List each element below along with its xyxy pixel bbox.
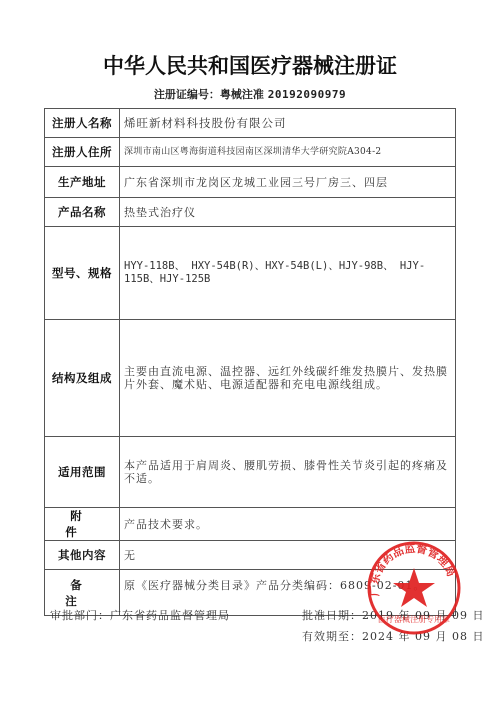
field-label: 结构及组成: [45, 320, 120, 437]
table-row: 结构及组成 主要由直流电源、温控器、远红外线碳纤维发热膜片、发热膜片外套、魔术贴…: [45, 320, 456, 437]
field-value-other: 无: [120, 541, 456, 570]
table-row: 适用范围 本产品适用于肩周炎、腰肌劳损、膝骨性关节炎引起的疼痛及不适。: [45, 437, 456, 508]
table-row: 产品名称 热垫式治疗仪: [45, 198, 456, 227]
table-row: 附件 产品技术要求。: [45, 508, 456, 541]
valid-until: 有效期至：2024 年 09 月 08 日: [302, 628, 484, 644]
table-row: 注册人住所 深圳市南山区粤海街道科技园南区深圳清华大学研究院A304-2: [45, 138, 456, 167]
registration-number-value: 20192090979: [268, 88, 346, 101]
field-label: 产品名称: [45, 198, 120, 227]
table-row: 其他内容 无: [45, 541, 456, 570]
table-row: 注册人名称 烯旺新材料科技股份有限公司: [45, 109, 456, 138]
field-label: 型号、规格: [45, 227, 120, 320]
field-value-registrant-name: 烯旺新材料科技股份有限公司: [120, 109, 456, 138]
field-label: 适用范围: [45, 437, 120, 508]
field-value-structure: 主要由直流电源、温控器、远红外线碳纤维发热膜片、发热膜片外套、魔术贴、电源适配器…: [120, 320, 456, 437]
table-row: 型号、规格 HYY-118B、 HXY-54B(R)、HXY-54B(L)、HJ…: [45, 227, 456, 320]
field-value-production-address: 广东省深圳市龙岗区龙城工业园三号厂房三、四层: [120, 167, 456, 198]
table-row: 生产地址 广东省深圳市龙岗区龙城工业园三号厂房三、四层: [45, 167, 456, 198]
field-label: 其他内容: [45, 541, 120, 570]
certificate-table: 注册人名称 烯旺新材料科技股份有限公司 注册人住所 深圳市南山区粤海街道科技园南…: [44, 108, 456, 616]
registration-number-label: 注册证编号：: [154, 88, 220, 101]
field-value-attachment: 产品技术要求。: [120, 508, 456, 541]
field-value-models: HYY-118B、 HXY-54B(R)、HXY-54B(L)、HJY-98B、…: [120, 227, 456, 320]
field-value-scope: 本产品适用于肩周炎、腰肌劳损、膝骨性关节炎引起的疼痛及不适。: [120, 437, 456, 508]
field-label: 注册人住所: [45, 138, 120, 167]
field-value-registrant-address: 深圳市南山区粤海街道科技园南区深圳清华大学研究院A304-2: [120, 138, 456, 167]
field-label: 附件: [45, 508, 120, 541]
field-label: 生产地址: [45, 167, 120, 198]
approval-date: 批准日期：2019 年 09 月 09 日: [302, 607, 484, 623]
field-value-product-name: 热垫式治疗仪: [120, 198, 456, 227]
field-label: 注册人名称: [45, 109, 120, 138]
registration-prefix: 粤械注准: [220, 88, 264, 101]
certificate-title: 中华人民共和国医疗器械注册证: [0, 50, 500, 80]
registration-number: 注册证编号：粤械注准 20192090979: [0, 86, 500, 102]
approval-department: 审批部门：广东省药品监督管理局: [50, 607, 230, 623]
